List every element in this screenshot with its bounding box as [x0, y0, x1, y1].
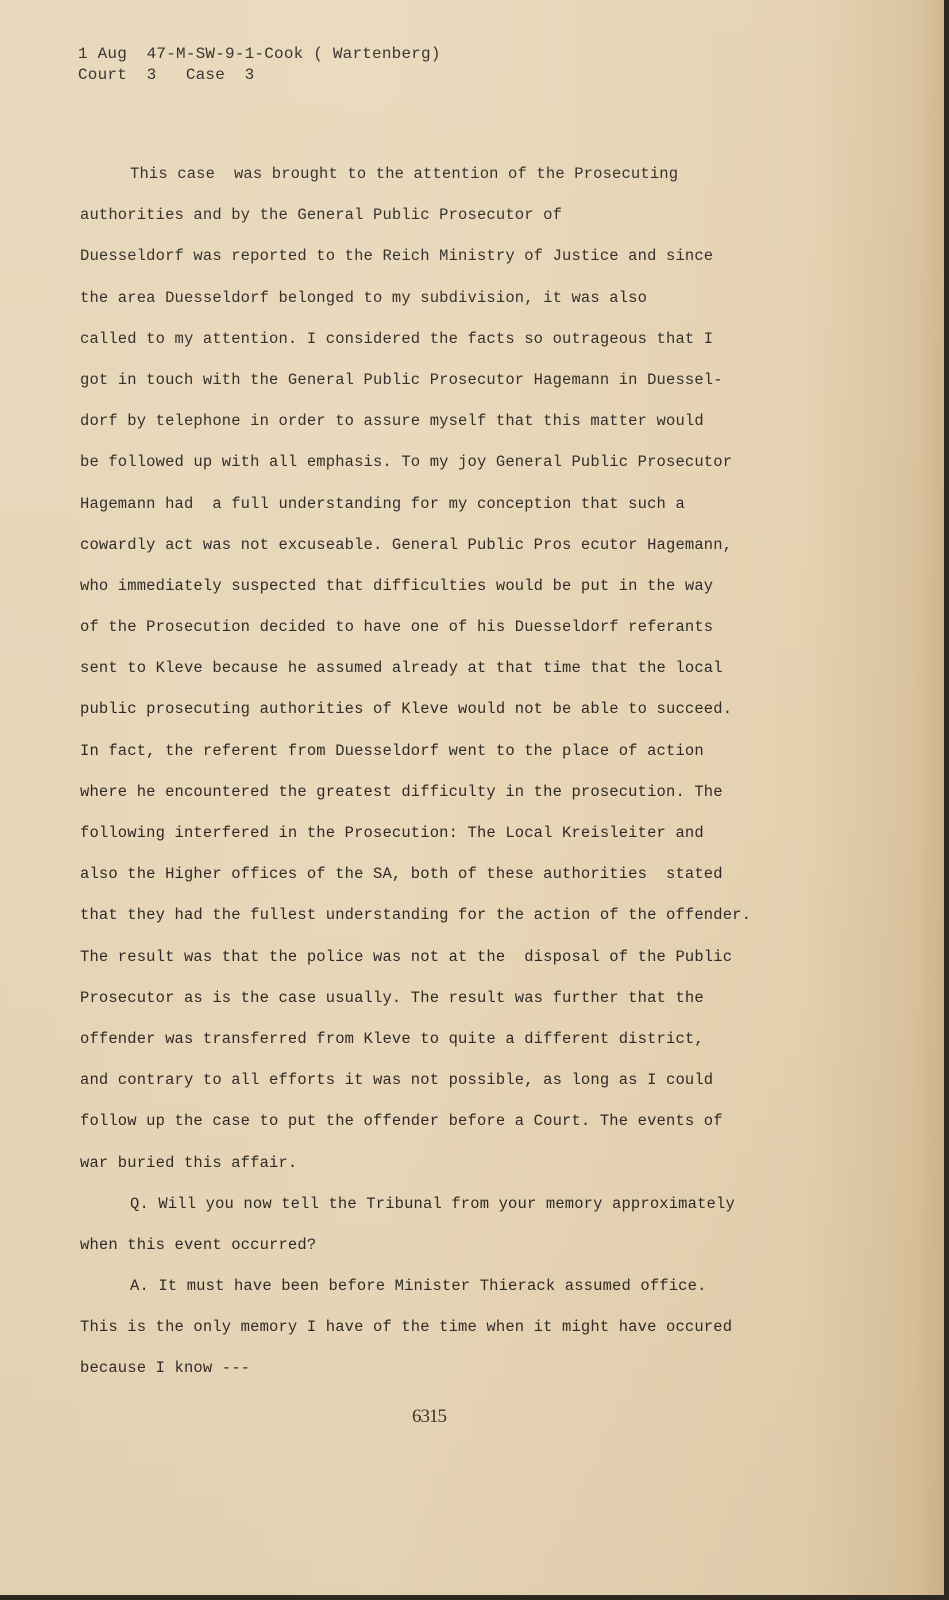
document-header: 1 Aug 47-M-SW-9-1-Cook ( Wartenberg) Cou… — [78, 44, 441, 86]
text-line: Hagemann had a full understanding for my… — [80, 492, 840, 533]
page-number: 6315 — [412, 1406, 446, 1428]
text-line: In fact, the referent from Duesseldorf w… — [80, 739, 840, 780]
text-line: following interfered in the Prosecution:… — [80, 821, 840, 862]
text-line: who immediately suspected that difficult… — [80, 574, 840, 615]
text-line: authorities and by the General Public Pr… — [80, 203, 840, 244]
text-line: got in touch with the General Public Pro… — [80, 368, 840, 409]
text-line: where he encountered the greatest diffic… — [80, 780, 840, 821]
document-page: 1 Aug 47-M-SW-9-1-Cook ( Wartenberg) Cou… — [0, 0, 944, 1595]
answer-line: because I know --- — [80, 1356, 840, 1397]
text-line: dorf by telephone in order to assure mys… — [80, 409, 840, 450]
text-line: public prosecuting authorities of Kleve … — [80, 697, 840, 738]
text-line: This case was brought to the attention o… — [80, 162, 840, 203]
text-line: that they had the fullest understanding … — [80, 903, 840, 944]
text-line: Duesseldorf was reported to the Reich Mi… — [80, 244, 840, 285]
text-line: called to my attention. I considered the… — [80, 327, 840, 368]
text-line: cowardly act was not excuseable. General… — [80, 533, 840, 574]
text-line: The result was that the police was not a… — [80, 945, 840, 986]
text-line: and contrary to all efforts it was not p… — [80, 1068, 840, 1109]
header-court-case: Court 3 Case 3 — [78, 65, 441, 86]
header-date-reference: 1 Aug 47-M-SW-9-1-Cook ( Wartenberg) — [78, 44, 441, 65]
scan-edge-right — [944, 0, 949, 1600]
text-line: the area Duesseldorf belonged to my subd… — [80, 286, 840, 327]
text-line: offender was transferred from Kleve to q… — [80, 1027, 840, 1068]
text-line: follow up the case to put the offender b… — [80, 1109, 840, 1150]
text-line: also the Higher offices of the SA, both … — [80, 862, 840, 903]
transcript-body: This case was brought to the attention o… — [80, 162, 840, 1398]
text-line: be followed up with all emphasis. To my … — [80, 450, 840, 491]
text-line: Prosecutor as is the case usually. The r… — [80, 986, 840, 1027]
text-line: war buried this affair. — [80, 1151, 840, 1192]
question-line: when this event occurred? — [80, 1233, 840, 1274]
text-line: of the Prosecution decided to have one o… — [80, 615, 840, 656]
answer-line: A. It must have been before Minister Thi… — [80, 1274, 840, 1315]
question-line: Q. Will you now tell the Tribunal from y… — [80, 1192, 840, 1233]
answer-line: This is the only memory I have of the ti… — [80, 1315, 840, 1356]
text-line: sent to Kleve because he assumed already… — [80, 656, 840, 697]
scan-edge-bottom — [0, 1595, 949, 1600]
